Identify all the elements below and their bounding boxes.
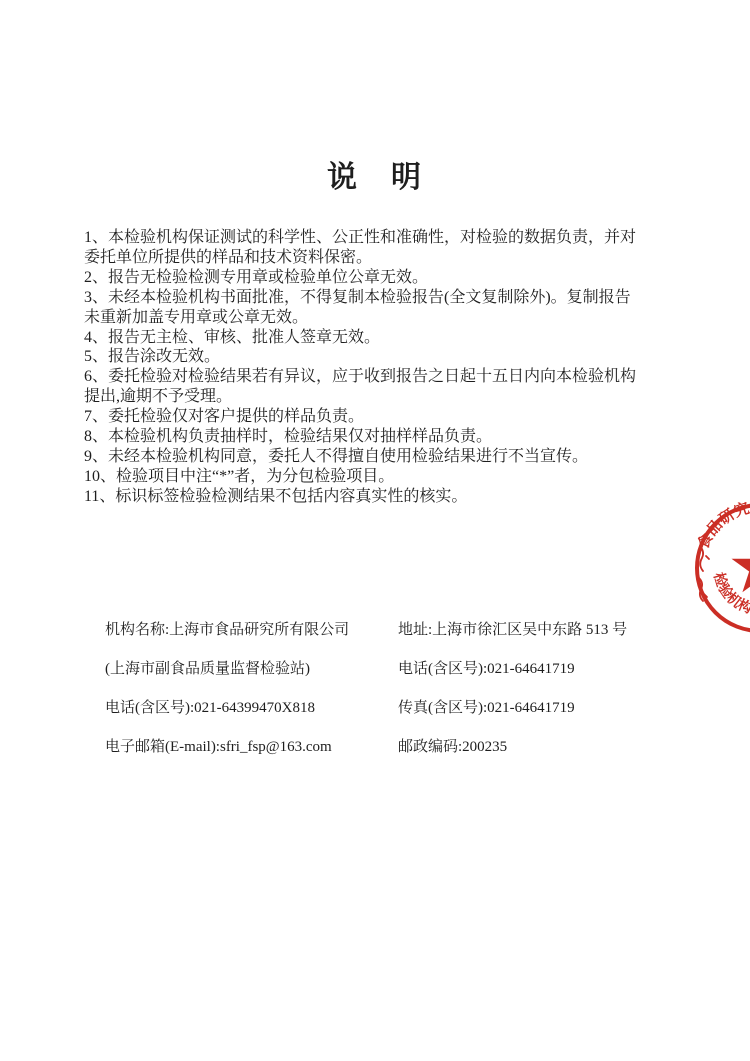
- org-alias: (上海市副食品质量监督检验站): [105, 659, 395, 698]
- note-line: 1、本检验机构保证测试的科学性、公正性和准确性，对检验的数据负责，并对: [84, 228, 664, 248]
- note-line: 11、标识标签检验检测结果不包括内容真实性的核实。: [84, 487, 664, 507]
- stamp-bottom-arc-text: 检验机构: [710, 570, 750, 617]
- contact-left-column: 机构名称:上海市食品研究所有限公司 (上海市副食品质量监督检验站) 电话(含区号…: [105, 620, 395, 776]
- note-line: 7、委托检验仅对客户提供的样品负责。: [84, 407, 664, 427]
- org-address: 地址:上海市徐汇区吴中东路 513 号: [398, 620, 698, 659]
- note-line: 3、未经本检验机构书面批准，不得复制本检验报告(全文复制除外)。复制报告: [84, 288, 664, 308]
- official-seal-stamp: 食品研究所有限公 检验机构: [690, 488, 750, 648]
- org-email: 电子邮箱(E-mail):sfri_fsp@163.com: [105, 737, 395, 776]
- org-fax: 传真(含区号):021-64641719: [398, 698, 698, 737]
- note-line: 2、报告无检验检测专用章或检验单位公章无效。: [84, 268, 664, 288]
- note-line: 委托单位所提供的样品和技术资料保密。: [84, 248, 664, 268]
- note-line: 8、本检验机构负责抽样时，检验结果仅对抽样样品负责。: [84, 427, 664, 447]
- note-line: 9、未经本检验机构同意，委托人不得擅自使用检验结果进行不当宣传。: [84, 447, 664, 467]
- note-line: 6、委托检验对检验结果若有异议，应于收到报告之日起十五日内向本检验机构: [84, 367, 664, 387]
- notes-list: 1、本检验机构保证测试的科学性、公正性和准确性，对检验的数据负责，并对 委托单位…: [84, 228, 664, 507]
- page-title: 说 明: [0, 152, 750, 196]
- note-line: 4、报告无主检、审核、批准人签章无效。: [84, 328, 664, 348]
- contact-right-column: 地址:上海市徐汇区吴中东路 513 号 电话(含区号):021-64641719…: [398, 620, 698, 776]
- org-postal-code: 邮政编码:200235: [398, 737, 698, 776]
- org-name: 机构名称:上海市食品研究所有限公司: [105, 620, 395, 659]
- org-phone: 电话(含区号):021-64399470X818: [105, 698, 395, 737]
- stamp-top-arc-text: 食品研究所有限公: [694, 498, 750, 552]
- note-line: 未重新加盖专用章或公章无效。: [84, 308, 664, 328]
- note-line: 提出,逾期不予受理。: [84, 387, 664, 407]
- stamp-star-icon: [732, 538, 750, 592]
- document-page: 说 明 1、本检验机构保证测试的科学性、公正性和准确性，对检验的数据负责，并对 …: [0, 0, 750, 1061]
- org-phone-2: 电话(含区号):021-64641719: [398, 659, 698, 698]
- note-line: 5、报告涂改无效。: [84, 347, 664, 367]
- note-line: 10、检验项目中注“*”者，为分包检验项目。: [84, 467, 664, 487]
